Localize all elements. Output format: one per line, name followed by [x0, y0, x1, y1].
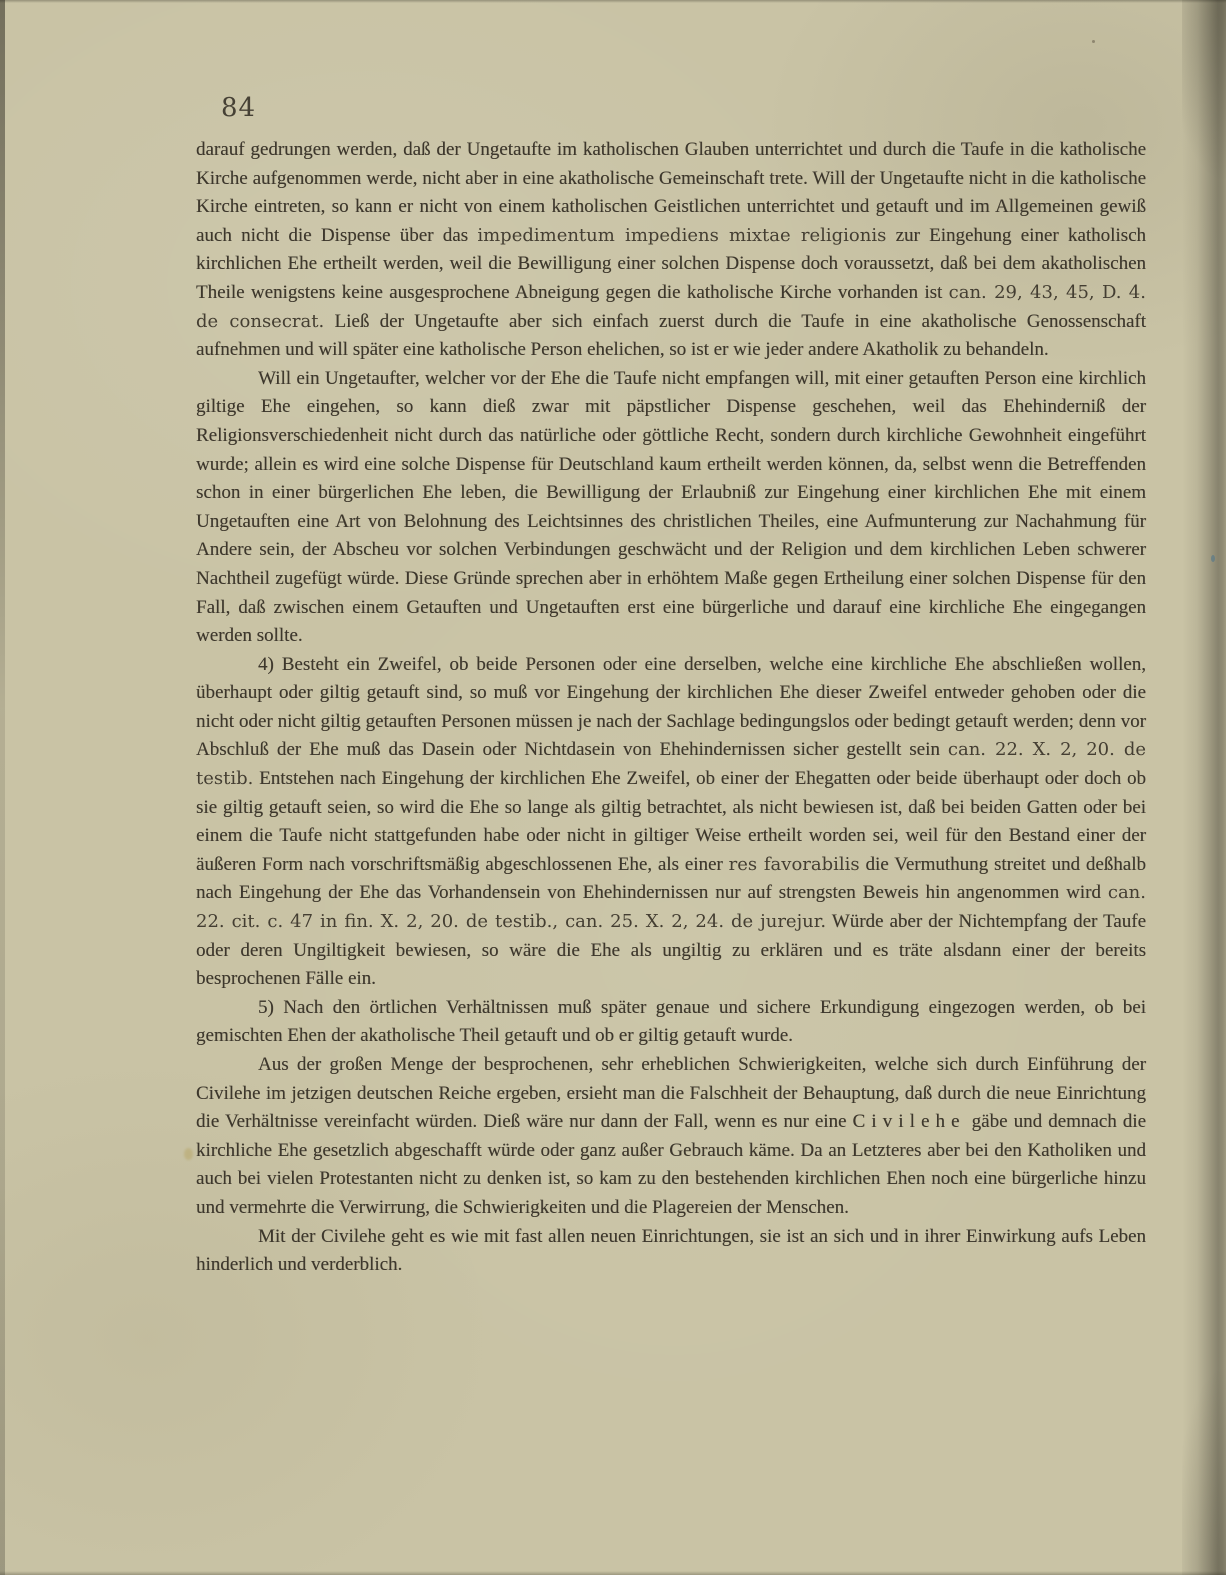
- text-run: 5) Nach den örtlichen Verhältnissen muß …: [196, 997, 1146, 1047]
- paragraph: Aus der großen Menge der besprochenen, s…: [196, 1051, 1146, 1223]
- latin-citation: impedimentum impediens mixtae religionis: [477, 225, 886, 246]
- text-run: Mit der Civilehe geht es wie mit fast al…: [196, 1226, 1146, 1276]
- paragraph: Mit der Civilehe geht es wie mit fast al…: [196, 1223, 1146, 1280]
- paragraph: 4) Besteht ein Zweifel, ob beide Persone…: [196, 651, 1146, 994]
- paragraph: 5) Nach den örtlichen Verhältnissen muß …: [196, 994, 1146, 1051]
- spaced-emphasis: Civilehe: [853, 1111, 966, 1132]
- page-number: 84: [221, 93, 256, 123]
- text-run: Ließ der Ungetaufte aber sich einfach zu…: [196, 311, 1146, 361]
- text-run: Will ein Ungetaufter, welcher vor der Eh…: [196, 368, 1146, 646]
- paragraph: Will ein Ungetaufter, welcher vor der Eh…: [196, 365, 1146, 651]
- paragraph: darauf gedrungen werden, daß der Ungetau…: [196, 136, 1146, 365]
- page-text-block: darauf gedrungen werden, daß der Ungetau…: [196, 136, 1146, 1280]
- latin-citation: res favorabilis: [729, 854, 860, 875]
